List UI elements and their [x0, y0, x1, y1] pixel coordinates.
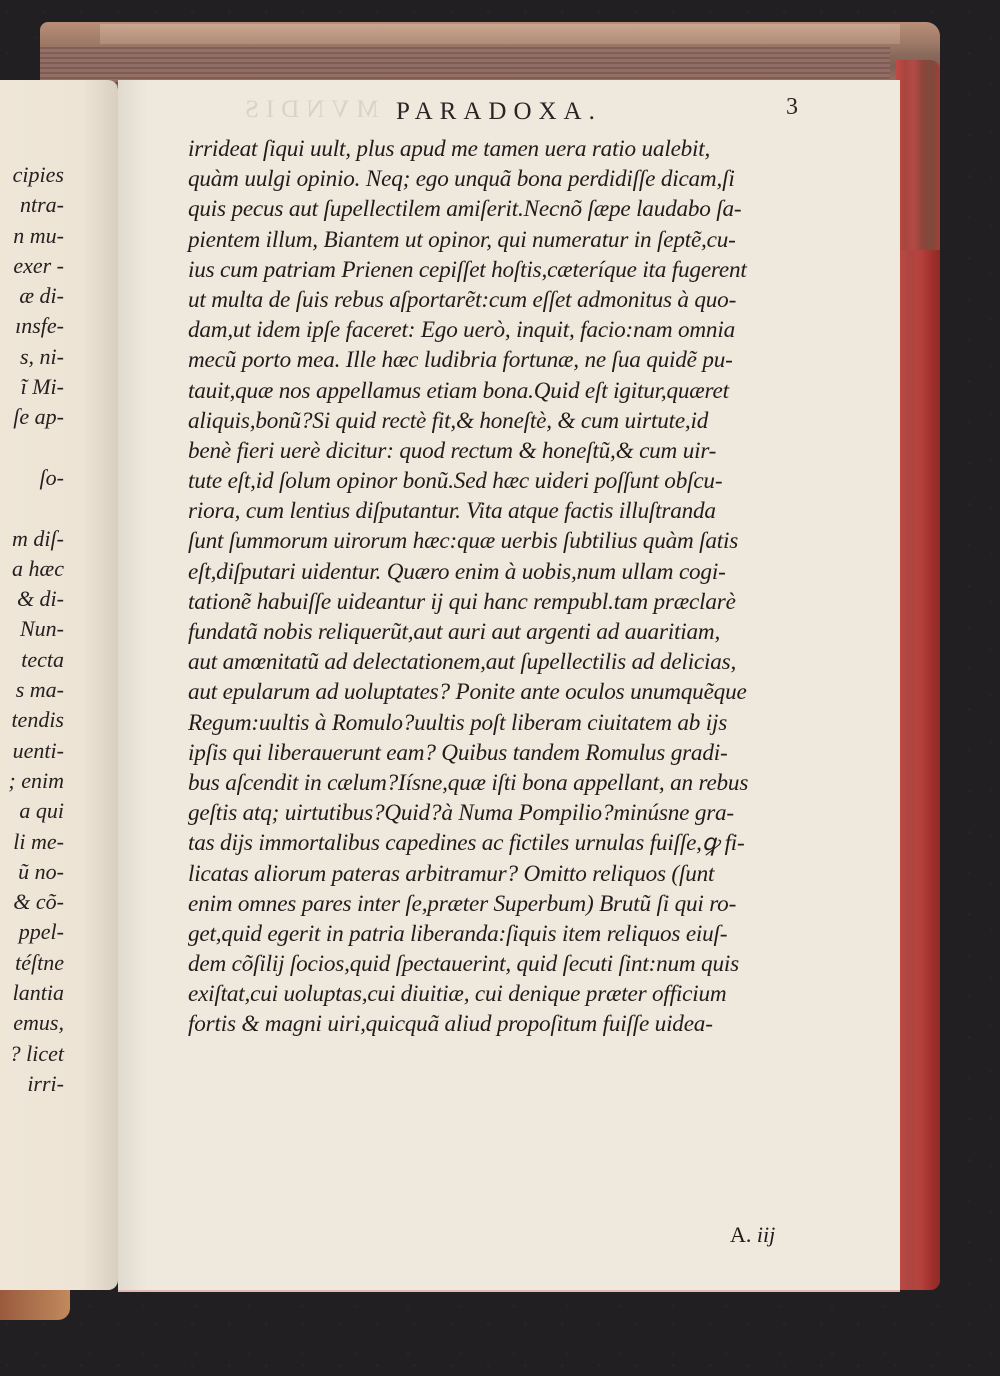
text-line: riora, cum lentius diſputantur. Vita atq… [188, 496, 878, 526]
left-text-fragment: Nun- [0, 614, 64, 644]
text-line: ſunt ſummorum uirorum hæc:quæ uerbis ſub… [188, 526, 878, 556]
left-page-text: cipiesntra-n mu-exer -æ di-ınsfe-s, ni-ĩ… [0, 160, 64, 1099]
text-line: ut multa de ſuis rebus aſportarẽt:cum eſ… [188, 285, 878, 315]
show-through-running-head: MVNDIS [238, 96, 379, 124]
right-page: MVNDIS PARADOXA. 3 irrideat ſiqui uult, … [118, 80, 900, 1292]
signature-letter: A. [730, 1222, 751, 1247]
left-text-fragment: exer - [0, 251, 64, 281]
text-line: irrideat ſiqui uult, plus apud me tamen … [188, 134, 878, 164]
left-text-fragment: ſo- [0, 463, 64, 493]
left-text-fragment: téſtne [0, 948, 64, 978]
left-text-fragment: ntra- [0, 190, 64, 220]
left-text-fragment: ? licet [0, 1039, 64, 1069]
left-text-fragment: & cõ- [0, 887, 64, 917]
left-text-fragment: cipies [0, 160, 64, 190]
left-text-fragment: tecta [0, 645, 64, 675]
text-line: aliquis,bonũ?Si quid rectè fit,& honeſtè… [188, 406, 878, 436]
text-line: quis pecus aut ſupellectilem amiſerit.Ne… [188, 194, 878, 224]
signature-number: iij [757, 1222, 775, 1247]
left-text-fragment: ſe ap- [0, 402, 64, 432]
text-line: benè fieri uerè dicitur: quod rectum & h… [188, 436, 878, 466]
left-text-fragment: æ di- [0, 281, 64, 311]
text-line: mecũ porto mea. Ille hæc ludibria fortun… [188, 345, 878, 375]
page-number: 3 [786, 94, 798, 121]
left-page-binding-corner [0, 1290, 70, 1320]
text-line: aut epularum ad uoluptates? Ponite ante … [188, 677, 878, 707]
red-fore-edge [896, 60, 940, 1290]
text-line: pientem illum, Biantem ut opinor, qui nu… [188, 225, 878, 255]
book-top-edge [40, 22, 940, 82]
text-line: exiſtat,cui uoluptas,cui diuitiæ, cui de… [188, 979, 878, 1009]
left-text-fragment: & di- [0, 584, 64, 614]
left-text-fragment: m diſ- [0, 524, 64, 554]
text-line: ipſis qui liberauerunt eam? Quibus tande… [188, 738, 878, 768]
text-line: get,quid egerit in patria liberanda:ſiqu… [188, 919, 878, 949]
left-text-fragment: a qui [0, 796, 64, 826]
left-text-fragment: irri- [0, 1069, 64, 1099]
left-page: cipiesntra-n mu-exer -æ di-ınsfe-s, ni-ĩ… [0, 80, 118, 1290]
left-text-fragment: lantia [0, 978, 64, 1008]
left-text-fragment: s ma- [0, 675, 64, 705]
text-line: fundatã nobis reliquerũt,aut auri aut ar… [188, 617, 878, 647]
left-text-fragment: ınsfe- [0, 311, 64, 341]
left-text-fragment: emus, [0, 1008, 64, 1038]
left-text-fragment: s, ni- [0, 342, 64, 372]
text-line: tute eſt,id ſolum opinor bonũ.Sed hæc ui… [188, 466, 878, 496]
text-line: quàm uulgi opinio. Neq; ego unquã bona p… [188, 164, 878, 194]
body-text: irrideat ſiqui uult, plus apud me tamen … [188, 134, 878, 1040]
left-text-fragment: ĩ Mi- [0, 372, 64, 402]
text-line: eſt,diſputari uidentur. Quæro enim à uob… [188, 557, 878, 587]
running-head: PARADOXA. [396, 98, 602, 126]
text-line: dem cõſilij ſocios,quid ſpectauerint, qu… [188, 949, 878, 979]
text-line: Regum:uultis à Romulo?uultis poſt libera… [188, 708, 878, 738]
text-line: dam,ut idem ipſe faceret: Ego uerò, inqu… [188, 315, 878, 345]
text-line: aut amœnitatũ ad delectationem,aut ſupel… [188, 647, 878, 677]
left-text-fragment: a hæc [0, 554, 64, 584]
text-line: tationẽ habuiſſe uideantur ij qui hanc r… [188, 587, 878, 617]
left-text-fragment: ; enim [0, 766, 64, 796]
left-text-fragment [0, 433, 64, 463]
left-text-fragment [0, 493, 64, 523]
left-text-fragment: ppel- [0, 917, 64, 947]
text-line: licatas aliorum pateras arbitramur? Omit… [188, 859, 878, 889]
left-text-fragment: tendis [0, 705, 64, 735]
text-line: fortis & magni uiri,quicquã aliud propoſ… [188, 1009, 878, 1039]
left-text-fragment: uenti- [0, 736, 64, 766]
text-line: ius cum patriam Prienen cepiſſet hoſtis,… [188, 255, 878, 285]
text-line: tas dijs immortalibus capedines ac ficti… [188, 828, 878, 858]
signature-mark: A. iij [730, 1222, 775, 1248]
text-line: enim omnes pares inter ſe,præter Superbu… [188, 889, 878, 919]
left-text-fragment: li me- [0, 827, 64, 857]
left-text-fragment: n mu- [0, 221, 64, 251]
left-text-fragment: ũ no- [0, 857, 64, 887]
text-line: geſtis atq; uirtutibus?Quid?à Numa Pompi… [188, 798, 878, 828]
text-line: bus aſcendit in cælum?Iísne,quæ iſti bon… [188, 768, 878, 798]
text-line: tauit,quæ nos appellamus etiam bona.Quid… [188, 376, 878, 406]
